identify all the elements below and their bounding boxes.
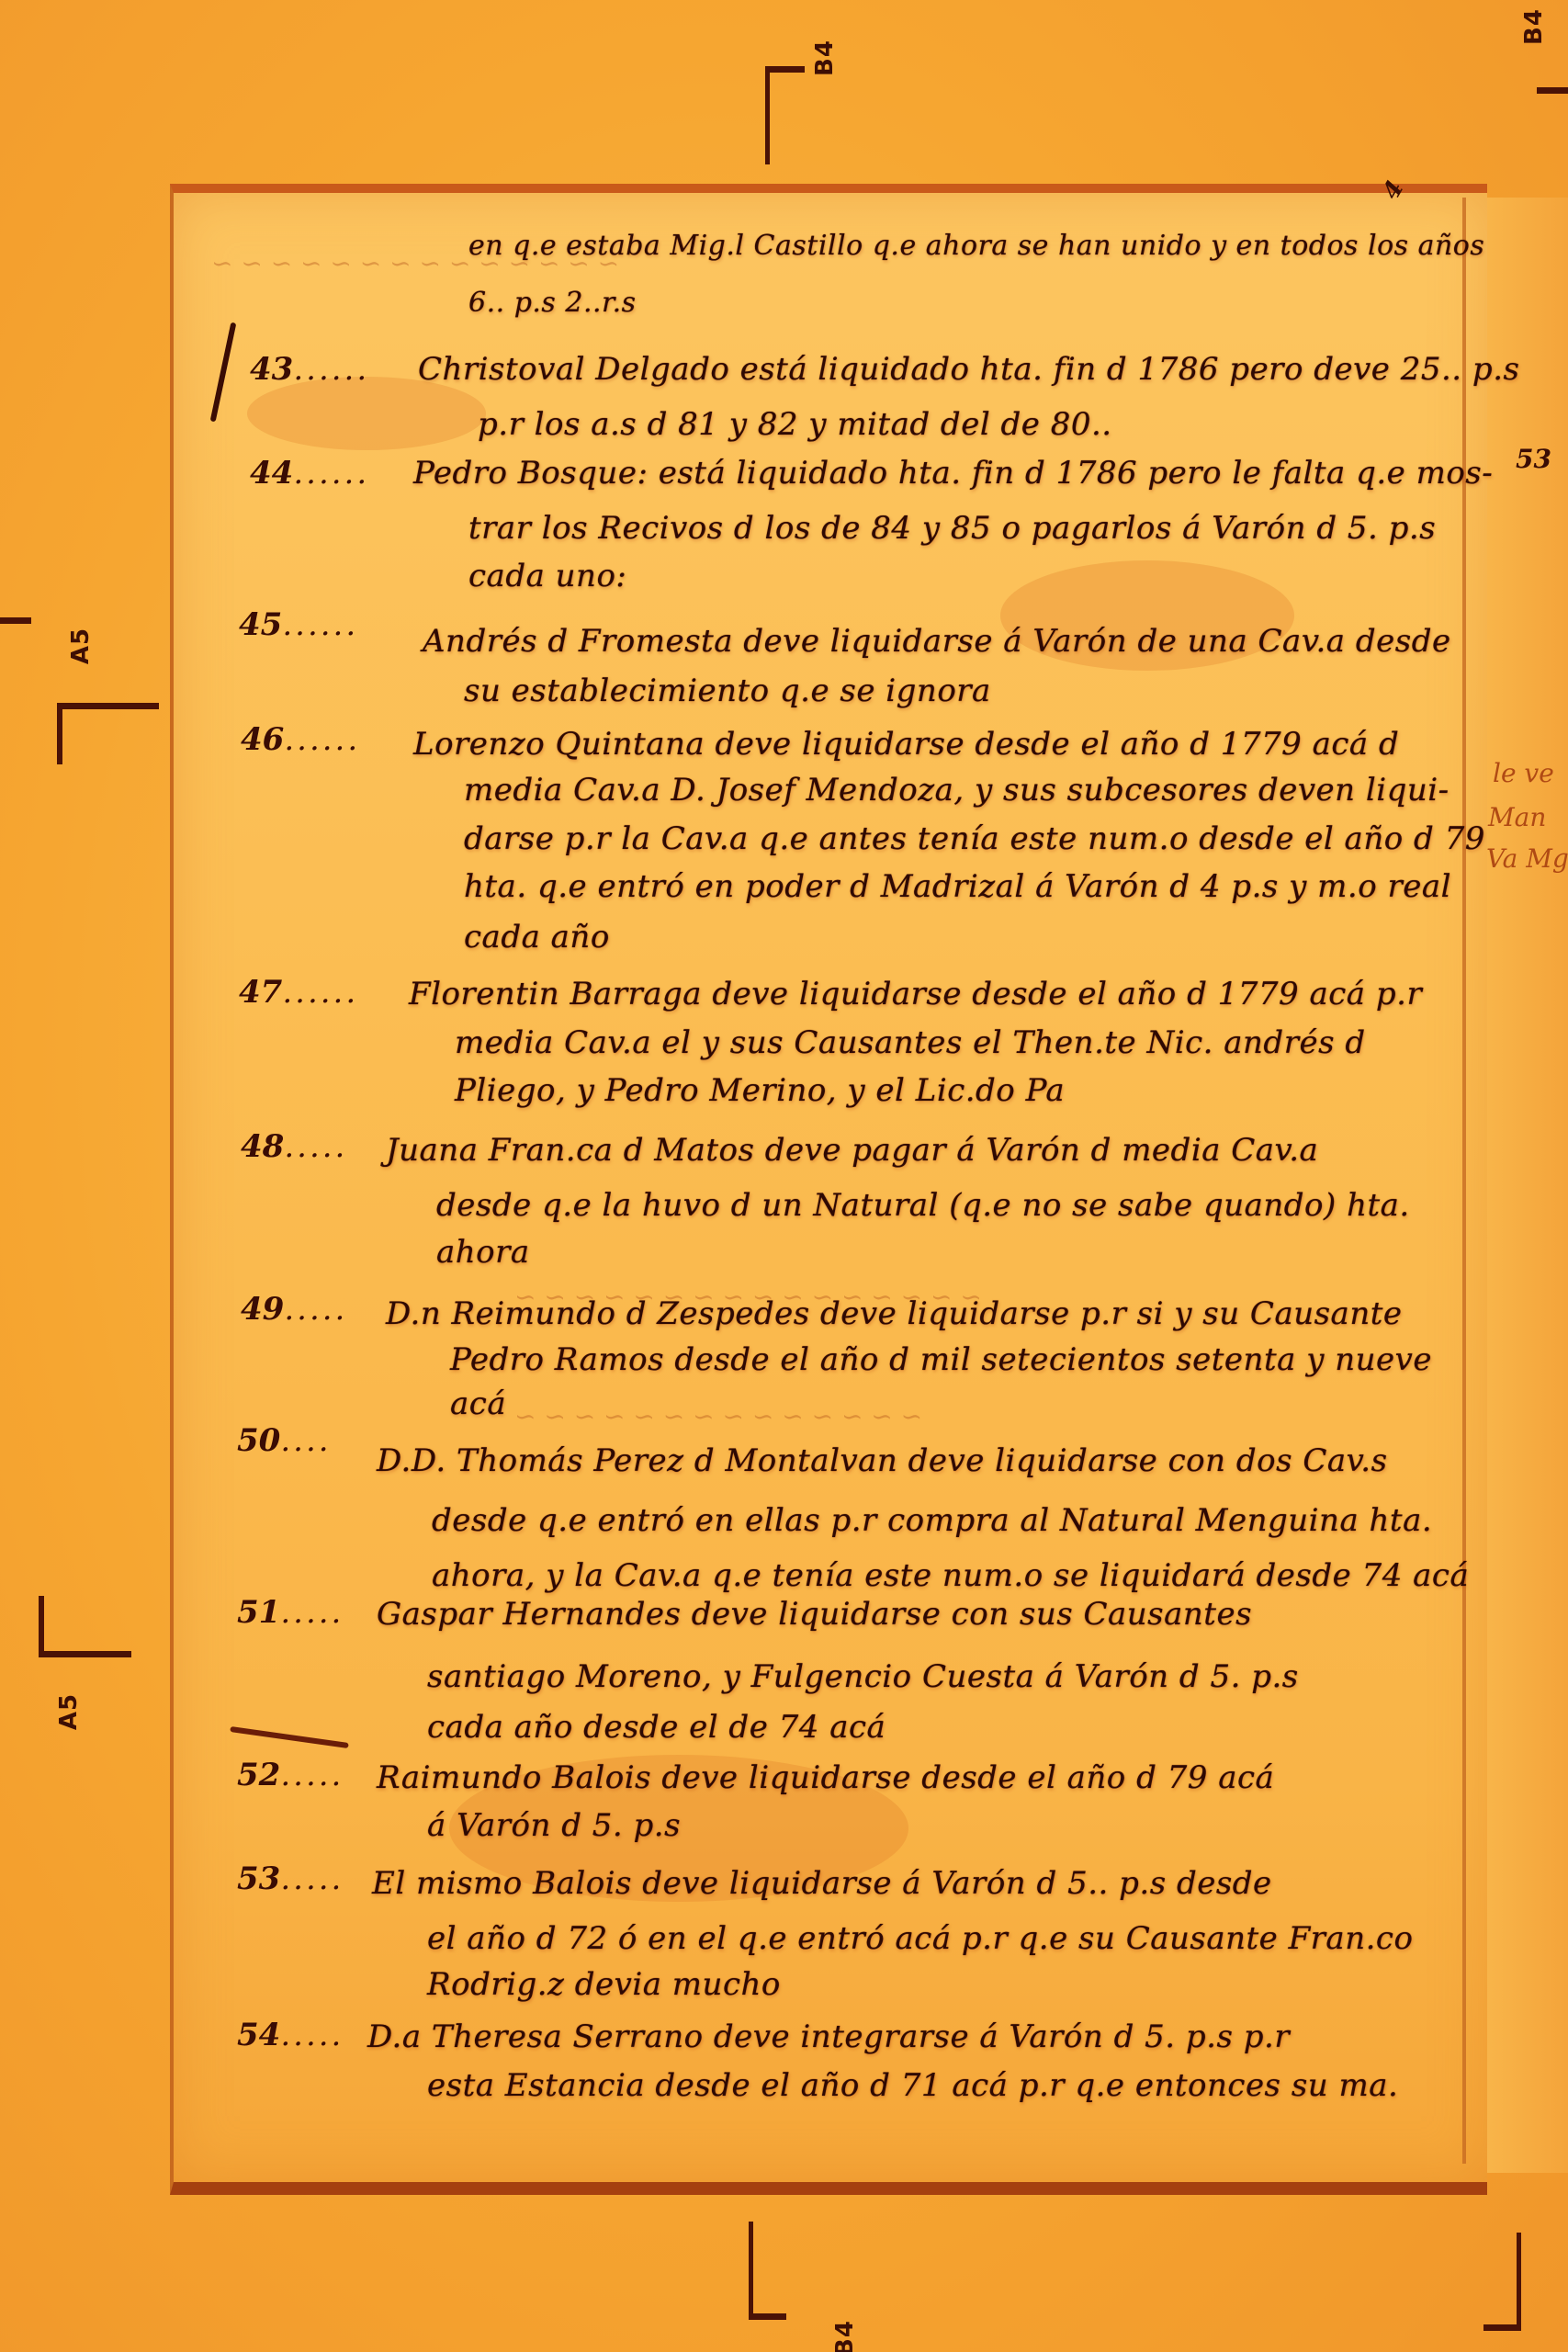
leader-dots: ......: [282, 606, 358, 643]
entry-line: esta Estancia desde el año d 71 acá p.r …: [427, 2067, 1398, 2104]
entry-number: 44......: [250, 455, 369, 492]
entry-line: á Varón d 5. p.s: [427, 1807, 681, 1844]
entry-line: Juana Fran.ca d Matos deve pagar á Varón…: [386, 1132, 1318, 1169]
entry-line: hta. q.e entró en poder d Madrizal á Var…: [464, 868, 1451, 905]
leader-dots: ......: [284, 721, 360, 758]
entry-line: Pedro Ramos desde el año d mil setecient…: [450, 1341, 1432, 1378]
marker-label-b4-top-right: B4: [1520, 8, 1548, 45]
leader-dots: .....: [284, 1128, 347, 1165]
entry-number: 52.....: [237, 1757, 344, 1793]
entry-line: Florentin Barraga deve liquidarse desde …: [409, 976, 1422, 1012]
entry-number: 45......: [239, 606, 358, 643]
entry-number: 49.....: [241, 1291, 347, 1328]
leader-dots: .....: [280, 1860, 344, 1897]
leader-dots: ......: [293, 351, 369, 388]
marker-label-a5-lower: A5: [55, 1693, 83, 1730]
entry-line: Gaspar Hernandes deve liquidarse con sus…: [377, 1596, 1252, 1633]
leader-dots: ....: [280, 1422, 331, 1459]
adjacent-page-text: 53: [1516, 444, 1551, 474]
entry-line: acá: [450, 1385, 506, 1422]
entry-line: cada año desde el de 74 acá: [427, 1709, 886, 1746]
crop-marker-bottom-left: [749, 2222, 786, 2320]
entry-number-value: 49: [241, 1291, 284, 1328]
entry-line: Rodrig.z devia mucho: [427, 1966, 781, 2003]
entry-line: 6.. p.s 2..r.s: [468, 287, 637, 319]
entry-line: su establecimiento q.e se ignora: [464, 673, 991, 709]
entry-line: D.n Reimundo d Zespedes deve liquidarse …: [386, 1295, 1403, 1332]
entry-line: Pliego, y Pedro Merino, y el Lic.do Pa: [455, 1072, 1065, 1109]
entry-number: 46......: [241, 721, 360, 758]
entry-line: desde q.e la huvo d un Natural (q.e no s…: [436, 1187, 1410, 1224]
marker-label-b4-top-left: B4: [811, 40, 839, 76]
entry-line: ahora: [436, 1234, 530, 1271]
entry-line: El mismo Balois deve liquidarse á Varón …: [372, 1865, 1272, 1902]
entry-line: desde q.e entró en ellas p.r compra al N…: [432, 1502, 1432, 1539]
entry-line: media Cav.a D. Josef Mendoza, y sus subc…: [464, 772, 1450, 808]
bleed-through-text: ~ ~ ~ ~ ~ ~ ~ ~ ~ ~ ~ ~ ~ ~: [514, 1401, 922, 1431]
crop-marker-top-left: [765, 66, 805, 164]
entry-line: darse p.r la Cav.a q.e antes tenía este …: [464, 820, 1485, 857]
entry-line: Andrés d Fromesta deve liquidarse á Varó…: [423, 623, 1451, 660]
entry-line: cada uno:: [468, 558, 626, 594]
entry-line: Christoval Delgado está liquidado hta. f…: [418, 351, 1519, 388]
crop-marker-left-upper: [57, 703, 159, 764]
entry-number: 47......: [239, 974, 358, 1011]
crop-marker-left-lower: [39, 1596, 131, 1657]
crop-marker-top-right: [1537, 87, 1568, 186]
entry-number-value: 47: [239, 974, 282, 1011]
entry-number: 51.....: [237, 1594, 344, 1631]
entry-line: media Cav.a el y sus Causantes el Then.t…: [455, 1024, 1366, 1061]
leader-dots: ......: [282, 974, 358, 1011]
entry-line: ahora, y la Cav.a q.e tenía este num.o s…: [432, 1557, 1469, 1594]
leader-dots: .....: [280, 2017, 344, 2053]
paper-stain: [247, 377, 486, 450]
crop-marker-left-upper-line: [0, 617, 31, 624]
entry-line: Raimundo Balois deve liquidarse desde el…: [377, 1759, 1274, 1796]
entry-number-value: 54: [237, 2017, 280, 2053]
entry-line: Lorenzo Quintana deve liquidarse desde e…: [413, 726, 1399, 763]
entry-number-value: 50: [237, 1422, 280, 1459]
entry-number-value: 48: [241, 1128, 284, 1165]
entry-number: 53.....: [237, 1860, 344, 1897]
leader-dots: .....: [284, 1291, 347, 1328]
leader-dots: .....: [280, 1757, 344, 1793]
crop-marker-bottom-right: [1483, 2233, 1521, 2331]
entry-number-value: 44: [250, 455, 293, 492]
entry-line: p.r los a.s d 81 y 82 y mitad del de 80.…: [478, 406, 1112, 443]
entry-number: 48.....: [241, 1128, 347, 1165]
entry-number-value: 45: [239, 606, 282, 643]
adjacent-page-text: Man: [1488, 802, 1546, 832]
entry-line: cada año: [464, 919, 610, 955]
entry-number: 54.....: [237, 2017, 344, 2053]
marker-label-b4-bottom: B4: [831, 2320, 859, 2352]
marker-label-a5-upper: A5: [67, 628, 95, 664]
entry-line: D.a Theresa Serrano deve integrarse á Va…: [367, 2018, 1290, 2055]
entry-line: santiago Moreno, y Fulgencio Cuesta á Va…: [427, 1658, 1299, 1695]
entry-number-value: 46: [241, 721, 284, 758]
entry-line: trar los Recivos d los de 84 y 85 o paga…: [468, 510, 1436, 547]
entry-number-value: 52: [237, 1757, 280, 1793]
entry-line: Pedro Bosque: está liquidado hta. fin d …: [413, 455, 1493, 492]
entry-line: en q.e estaba Mig.l Castillo q.e ahora s…: [468, 230, 1484, 262]
leader-dots: ......: [293, 455, 369, 492]
entry-number-value: 53: [237, 1860, 280, 1897]
entry-number: 43......: [250, 351, 369, 388]
page-gutter: [1462, 198, 1466, 2164]
entry-line: D.D. Thomás Perez d Montalvan deve liqui…: [377, 1442, 1388, 1479]
entry-line: el año d 72 ó en el q.e entró acá p.r q.…: [427, 1920, 1413, 1957]
leader-dots: .....: [280, 1594, 344, 1631]
adjacent-page-text: le ve: [1493, 758, 1554, 788]
entry-number-value: 51: [237, 1594, 280, 1631]
entry-number: 50....: [237, 1422, 332, 1459]
entry-number-value: 43: [250, 351, 293, 388]
adjacent-page-text: Va Mg: [1486, 843, 1568, 874]
